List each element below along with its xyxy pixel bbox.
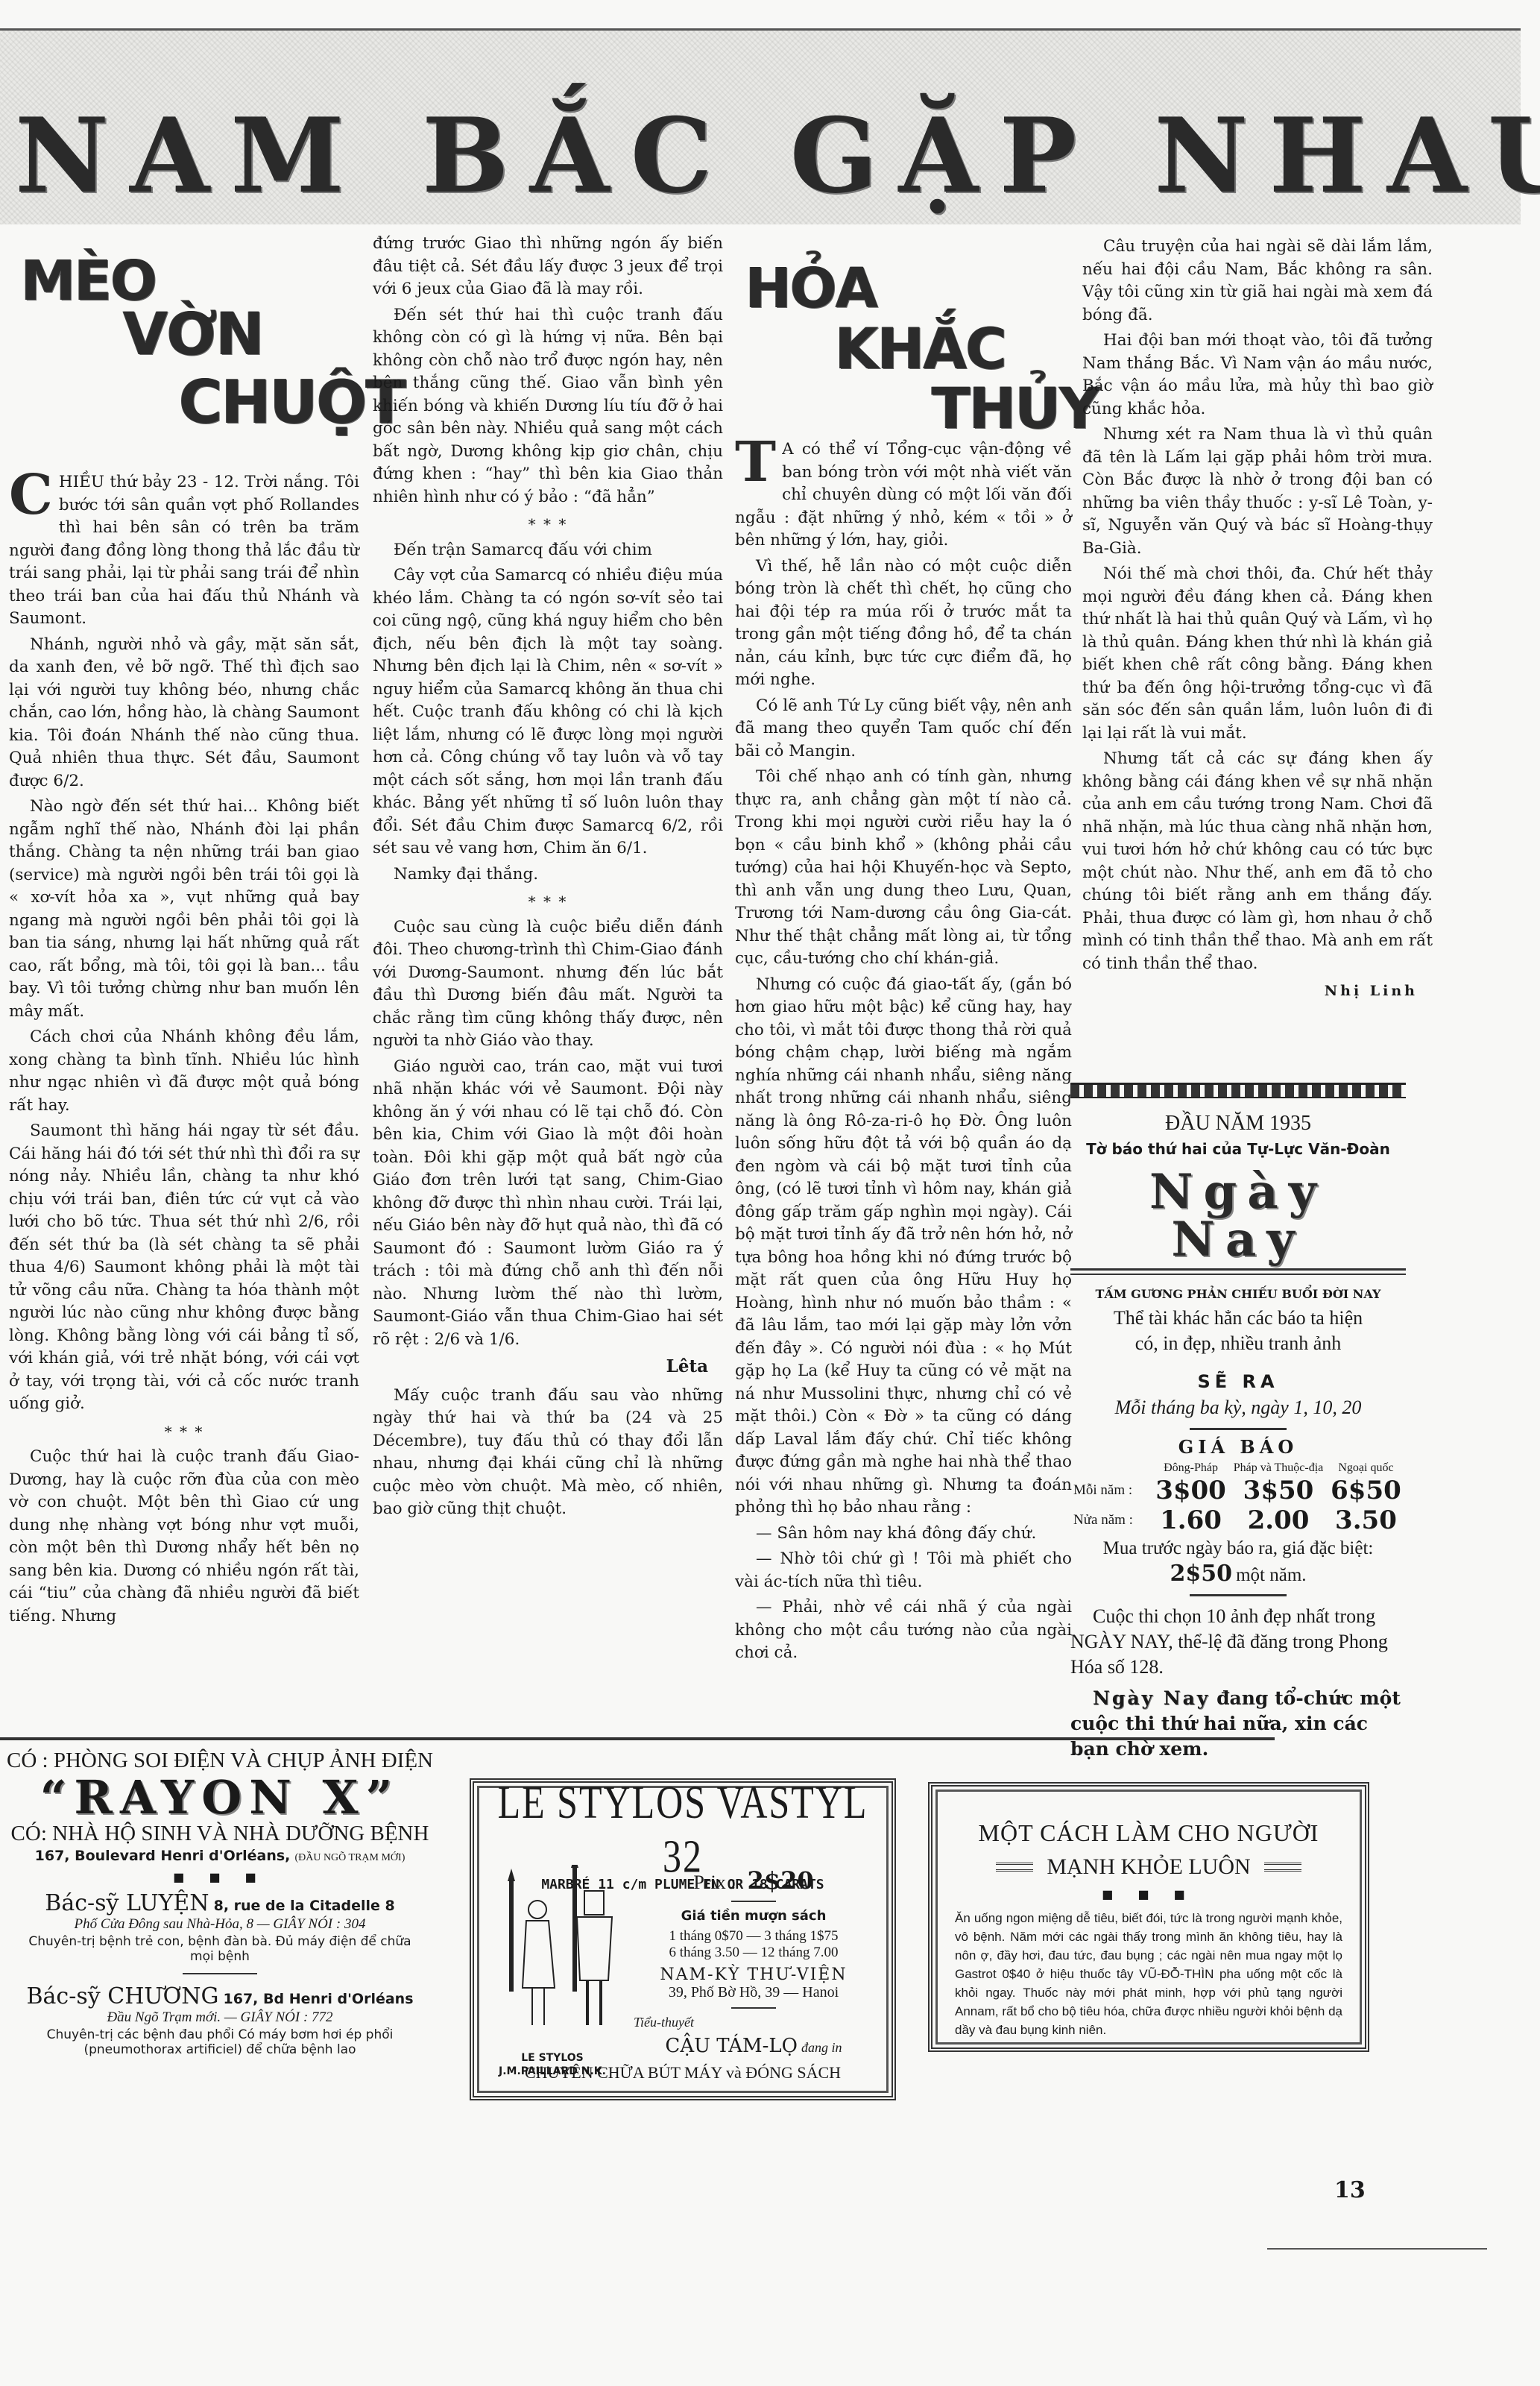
dropcap: C — [9, 473, 53, 517]
health-body: Ăn uống ngon miệng dễ tiêu, biết đói, tứ… — [955, 1909, 1342, 2039]
article2-paragraph-9: Câu truyện của hai ngài sẽ dài lắm lắm, … — [1082, 236, 1433, 327]
article1-cont-6: Cuộc sau cùng là cuộc biểu diễn đánh đôi… — [373, 916, 723, 1053]
ornament-bar — [1264, 1863, 1301, 1872]
article2-paragraph-13: Nhưng tất cả các sự đáng khen ấy không b… — [1082, 748, 1433, 975]
section-separator: * * * — [9, 1420, 359, 1444]
section-divider — [0, 1737, 1275, 1740]
article1-paragraph-2: Nhánh, người nhỏ và gầy, mặt săn sắt, da… — [9, 634, 359, 793]
article2-paragraph-5: Nhưng có cuộc đá giao-tất ấy, (gắn bó hơ… — [735, 974, 1072, 1520]
article2-headline-word-1: HỎA — [745, 261, 877, 316]
contest-notice: Cuộc thi chọn 10 ảnh đẹp nhất trong NGÀY… — [1070, 1604, 1406, 1680]
article1-cont-3: Đến trận Samarcq đấu với chim — [373, 539, 723, 562]
article2-headline-word-2: KHẮC — [835, 321, 1006, 377]
special-offer: Mua trước ngày báo ra, giá đặc biệt: — [1070, 1538, 1406, 1559]
doctor-chuong-desc: Chuyên-trị các bệnh đau phổi Có máy bơm … — [15, 2027, 425, 2057]
section-separator: * * * — [373, 513, 723, 536]
doctor-luyen-phone: Phố Cửa Đông sau Nhà-Hỏa, 8 — GIÂY NÓI :… — [0, 1916, 440, 1933]
article2-headline-word-3: THỦY — [932, 380, 1099, 437]
article2-dialogue-1: — Sân hôm nay khá đông đấy chứ. — [735, 1523, 1072, 1546]
article1-paragraph-3: Nào ngờ đến sét thứ hai... Không biết ng… — [9, 796, 359, 1023]
footer-rule — [1267, 2248, 1487, 2250]
stylos-details: Prix : 2$20 Giá tiền mượn sách 1 tháng 0… — [623, 1866, 884, 2057]
doctor-luyen-desc: Chuyên-trị bệnh trẻ con, bệnh đàn bà. Đủ… — [15, 1934, 425, 1964]
doctor-chuong: Bác-sỹ CHƯƠNG 167, Bd Henri d'Orléans — [0, 1983, 440, 2009]
ngaynay-se-ra: SẼ RA — [1070, 1371, 1406, 1392]
article1-paragraph-6: Cuộc thứ hai là cuộc tranh đấu Giao-Dươn… — [9, 1446, 359, 1628]
article2-signature: Nhị Linh — [1082, 980, 1418, 1003]
price-column-header: Đông-Pháp — [1151, 1461, 1231, 1476]
price-column-header: Pháp và Thuộc-địa — [1231, 1461, 1326, 1476]
stylos-advertisement: LE STYLOS VASTYL 32 MARBRÉ 11 c/m PLUME … — [470, 1778, 896, 2100]
ornament-border — [1070, 1083, 1406, 1098]
article2-paragraph-2: Vì thế, hễ lần nào có một cuộc diễn bóng… — [735, 555, 1072, 692]
article2-paragraph-1: TA có thể ví Tổng-cục vận-động về ban bó… — [735, 438, 1072, 553]
ornament-bar — [996, 1863, 1033, 1872]
doctor-chuong-phone: Đầu Ngõ Trạm mới. — GIÂY NÓI : 772 — [0, 2009, 440, 2026]
article2-paragraph-3: Có lẽ anh Tứ Ly cũng biết vậy, nên anh đ… — [735, 695, 1072, 764]
rayon-x-brand: “RAYON X” — [0, 1773, 440, 1822]
stylos-price: Prix : 2$20 — [623, 1866, 884, 1895]
article2-dialogue-3: — Phải, nhờ về cái nhã ý của ngài không … — [735, 1596, 1072, 1665]
contest-notice-2: Ngày Nay đang tổ-chức một cuộc thi thứ h… — [1070, 1686, 1406, 1762]
clinic-address: 167, Boulevard Henri d'Orléans, (ĐẦU NGÕ… — [0, 1848, 440, 1864]
ornament-squares: ■ ■ ■ — [0, 1870, 440, 1884]
health-title-row: MẠNH KHỎE LUÔN — [932, 1854, 1365, 1880]
ngaynay-schedule: Mỗi tháng ba kỳ, ngày 1, 10, 20 — [1070, 1397, 1406, 1419]
price-column-header: Ngoại quốc — [1326, 1461, 1406, 1476]
dropcap: T — [735, 440, 776, 485]
page-number: 13 — [1334, 2177, 1366, 2203]
library-address: 39, Phố Bờ Hồ, 39 — Hanoi — [623, 1984, 884, 2001]
health-advertisement: MỘT CÁCH LÀM CHO NGƯỜI MẠNH KHỎE LUÔN ■ … — [928, 1782, 1369, 2052]
article1-cont-2: Đến sét thứ hai thì cuộc tranh đấu không… — [373, 304, 723, 509]
article1-cont-7: Giáo người cao, trán cao, mặt vui tươi n… — [373, 1056, 723, 1352]
article2-paragraph-4: Tôi chế nhạo anh có tính gàn, nhưng thực… — [735, 766, 1072, 971]
article2-dialogue-2: — Nhờ tôi chứ gì ! Tôi mà phiết cho vài … — [735, 1548, 1072, 1593]
clinic-line-2: CÓ: NHÀ HỘ SINH VÀ NHÀ DƯỠNG BỆNH — [0, 1822, 440, 1846]
article1-paragraph-5: Saumont thì hăng hái ngay từ sét đầu. Cá… — [9, 1120, 359, 1416]
ngaynay-logo: Ngày Nay — [1070, 1168, 1406, 1264]
stylos-footer: CHUYÊN CHỮA BÚT MÁY và ĐÓNG SÁCH — [474, 2063, 892, 2083]
novel-label: Tiểu-thuyết — [623, 2015, 884, 2030]
doctor-luyen: Bác-sỹ LUYỆN 8, rue de la Citadelle 8 — [0, 1890, 440, 1916]
ornament-squares: ■ ■ ■ — [932, 1887, 1365, 1901]
price-row: Nửa năm : 1.60 2.00 3.50 — [1070, 1505, 1406, 1535]
article2-paragraph-10: Hai đội ban mới thoạt vào, tôi đã tưởng … — [1082, 330, 1433, 421]
article1-cont-1: đứng trước Giao thì những ngón ấy biến đ… — [373, 233, 723, 301]
article1-headline-word-3: CHUỘT — [179, 373, 405, 432]
rental-title: Giá tiền mượn sách — [623, 1908, 884, 1924]
ngaynay-publisher: Tờ báo thứ hai của Tự-Lực Văn-Đoàn — [1070, 1140, 1406, 1158]
article1-postscript: Mấy cuộc tranh đấu sau vào những ngày th… — [373, 1385, 723, 1521]
ngaynay-year: ĐẦU NĂM 1935 — [1070, 1112, 1406, 1136]
article1-paragraph-1: CHIỀU thứ bảy 23 - 12. Trời nắng. Tôi bư… — [9, 471, 359, 631]
article1-column-1: CHIỀU thứ bảy 23 - 12. Trời nắng. Tôi bư… — [9, 471, 359, 1631]
ngaynay-description: Thể tài khác hẳn các báo ta hiện có, in … — [1100, 1306, 1376, 1356]
clinic-advertisement: CÓ : PHÒNG SOI ĐIỆN VÀ CHỤP ẢNH ĐIỆN “RA… — [0, 1748, 440, 2057]
article1-signature: Lêta — [373, 1356, 708, 1379]
article1-cont-5: Namky đại thắng. — [373, 863, 723, 887]
article2-column-1: TA có thể ví Tổng-cục vận-động về ban bó… — [735, 438, 1072, 1668]
article1-paragraph-4: Cách chơi của Nhánh không đều lắm, xong … — [9, 1026, 359, 1117]
article2-paragraph-11: Nhưng xét ra Nam thua là vì thủ quân đã … — [1082, 424, 1433, 560]
ngaynay-tagline: TẤM GƯƠNG PHẢN CHIẾU BUỔI ĐỜI NAY — [1070, 1287, 1406, 1301]
page-title: NAM BẮC GẶP NHAU — [15, 104, 1506, 207]
health-title-2: MẠNH KHỎE LUÔN — [1047, 1854, 1250, 1880]
special-offer-price: 2$50 một năm. — [1070, 1561, 1406, 1587]
pen-figures-illustration — [489, 1865, 616, 2036]
library-name: NAM-KỲ THƯ-VIỆN — [623, 1965, 884, 1984]
health-title-1: MỘT CÁCH LÀM CHO NGƯỜI — [932, 1819, 1365, 1847]
article2-column-2: Câu truyện của hai ngài sẽ dài lắm lắm, … — [1082, 236, 1433, 1009]
article1-headline-word-1: MÈO — [21, 254, 156, 309]
rental-line-2: 6 tháng 3.50 — 12 tháng 7.00 — [623, 1945, 884, 1961]
article2-paragraph-12: Nói thế mà chơi thôi, đa. Chứ hết thảy m… — [1082, 563, 1433, 745]
price-row: Mỗi năm : 3$00 3$50 6$50 — [1070, 1476, 1406, 1505]
section-separator: * * * — [373, 890, 723, 913]
price-table: Đông-Pháp Pháp và Thuộc-địa Ngoại quốc M… — [1070, 1461, 1406, 1535]
price-title: GIÁ BÁO — [1070, 1436, 1406, 1458]
article1-headline-word-2: VỜN — [123, 306, 263, 364]
ngaynay-advertisement: ĐẦU NĂM 1935 Tờ báo thứ hai của Tự-Lực V… — [1070, 1083, 1406, 1762]
rental-line-1: 1 tháng 0$70 — 3 tháng 1$75 — [623, 1928, 884, 1945]
article1-cont-4: Cây vợt của Samarcq có nhiều điệu múa kh… — [373, 564, 723, 860]
novel-title: CẬU TÁM-LỌ đang in — [623, 2035, 884, 2057]
article1-column-2: đứng trước Giao thì những ngón ấy biến đ… — [373, 233, 723, 1524]
